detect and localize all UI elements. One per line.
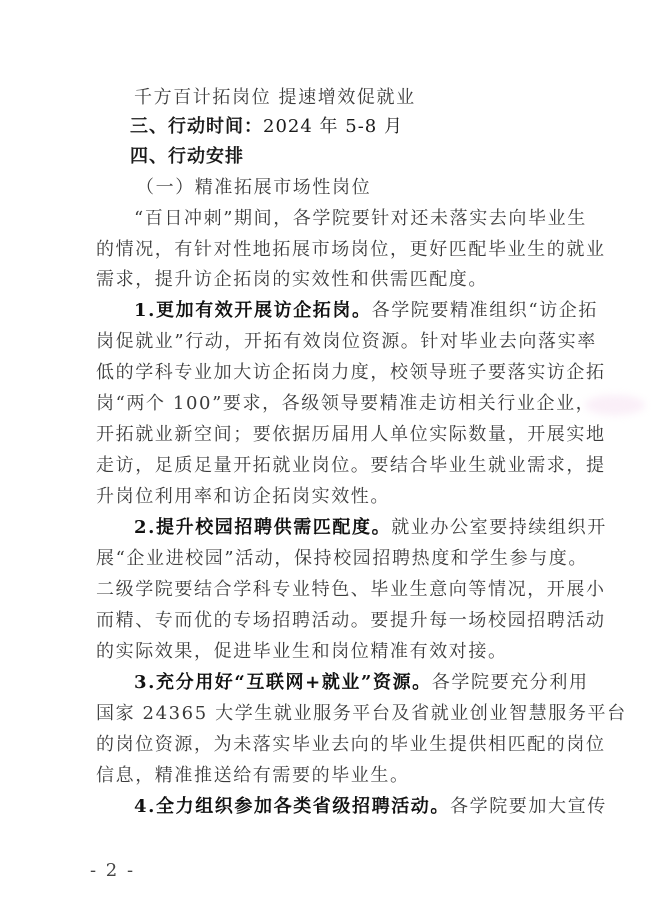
paragraph-line: 的情况，有针对性地拓展市场岗位，更好匹配毕业生的就业	[96, 238, 606, 262]
line-text: 千方百计拓岗位 提速增效促就业	[134, 87, 416, 108]
paragraph-line: 千方百计拓岗位 提速增效促就业	[134, 86, 416, 110]
document-page: 千方百计拓岗位 提速增效促就业 三、行动时间：2024 年 5-8 月 四、行动…	[0, 0, 653, 923]
paragraph-line: 需求，提升访企拓岗的实效性和供需匹配度。	[96, 268, 488, 292]
line-text: 各学院要精准组织“访企拓	[372, 300, 598, 321]
line-text: 的情况，有针对性地拓展市场岗位，更好匹配毕业生的就业	[96, 239, 606, 260]
line-text: 需求，提升访企拓岗的实效性和供需匹配度。	[96, 269, 488, 290]
line-text: 而精、专而优的专场招聘活动。要提升每一场校园招聘活动	[96, 610, 606, 631]
paragraph-line: 走访，足质足量开拓就业岗位。要结合毕业生就业需求，提	[96, 454, 606, 478]
section-heading-time: 三、行动时间：2024 年 5-8 月	[130, 115, 403, 139]
paragraph-line: 展“企业进校园”活动，保持校园招聘热度和学生参与度。	[96, 547, 588, 571]
line-text: 各学院要充分利用	[432, 672, 589, 693]
paragraph-line: 的岗位资源，为未落实毕业去向的毕业生提供相匹配的岗位	[96, 733, 606, 757]
paragraph-line: 国家 24365 大学生就业服务平台及省就业创业智慧服务平台	[96, 702, 627, 726]
line-text: 的岗位资源，为未落实毕业去向的毕业生提供相匹配的岗位	[96, 734, 606, 755]
line-text: “百日冲刺”期间，各学院要针对还未落实去向毕业生	[134, 208, 587, 229]
line-text: （一）精准拓展市场性岗位	[136, 177, 371, 198]
line-text: 就业办公室要持续组织开	[391, 517, 607, 538]
heading-text: 三、行动时间：	[130, 116, 263, 137]
paragraph-line: 升岗位利用率和访企拓岗实效性。	[96, 485, 390, 509]
section-heading-arrangement: 四、行动安排	[130, 145, 244, 169]
paragraph-line: 岗促就业”行动，开拓有效岗位资源。针对毕业去向落实率	[96, 330, 597, 354]
item-title: 1.更加有效开展访企拓岗。	[134, 300, 372, 321]
line-text: 岗“两个 100”要求，各级领导要精准走访相关行业企业，	[96, 393, 595, 414]
paragraph-line: 2.提升校园招聘供需匹配度。就业办公室要持续组织开	[134, 516, 607, 540]
line-text: 2024 年 5-8 月	[263, 116, 403, 137]
paragraph-line: 4.全力组织参加各类省级招聘活动。各学院要加大宣传	[134, 795, 607, 819]
line-text: 二级学院要结合学科专业特色、毕业生意向等情况，开展小	[96, 579, 606, 600]
line-text: 岗促就业”行动，开拓有效岗位资源。针对毕业去向落实率	[96, 331, 597, 352]
line-text: 走访，足质足量开拓就业岗位。要结合毕业生就业需求，提	[96, 455, 606, 476]
paragraph-line: 岗“两个 100”要求，各级领导要精准走访相关行业企业，	[96, 392, 595, 416]
line-text: 的实际效果，促进毕业生和岗位精准有效对接。	[96, 641, 508, 662]
line-text: 国家 24365 大学生就业服务平台及省就业创业智慧服务平台	[96, 703, 627, 724]
paragraph-line: 信息，精准推送给有需要的毕业生。	[96, 764, 410, 788]
paragraph-line: 二级学院要结合学科专业特色、毕业生意向等情况，开展小	[96, 578, 606, 602]
line-text: 展“企业进校园”活动，保持校园招聘热度和学生参与度。	[96, 548, 588, 569]
paragraph-line: 的实际效果，促进毕业生和岗位精准有效对接。	[96, 640, 508, 664]
line-text: 低的学科专业加大访企拓岗力度，校领导班子要落实访企拓	[96, 362, 606, 383]
scan-smudge	[585, 395, 645, 415]
paragraph-line: “百日冲刺”期间，各学院要针对还未落实去向毕业生	[134, 207, 587, 231]
item-title: 2.提升校园招聘供需匹配度。	[134, 517, 391, 538]
page-number: - 2 -	[90, 860, 135, 881]
heading-text: 四、行动安排	[130, 146, 244, 167]
line-text: 开拓就业新空间；要依据历届用人单位实际数量，开展实地	[96, 424, 606, 445]
paragraph-line: 而精、专而优的专场招聘活动。要提升每一场校园招聘活动	[96, 609, 606, 633]
line-text: 信息，精准推送给有需要的毕业生。	[96, 765, 410, 786]
item-title: 3.充分用好“互联网+就业”资源。	[134, 672, 432, 693]
paragraph-line: 3.充分用好“互联网+就业”资源。各学院要充分利用	[134, 671, 589, 695]
subsection-heading: （一）精准拓展市场性岗位	[136, 176, 371, 200]
item-title: 4.全力组织参加各类省级招聘活动。	[134, 796, 450, 817]
line-text: 升岗位利用率和访企拓岗实效性。	[96, 486, 390, 507]
paragraph-line: 低的学科专业加大访企拓岗力度，校领导班子要落实访企拓	[96, 361, 606, 385]
paragraph-line: 开拓就业新空间；要依据历届用人单位实际数量，开展实地	[96, 423, 606, 447]
paragraph-line: 1.更加有效开展访企拓岗。各学院要精准组织“访企拓	[134, 299, 598, 323]
line-text: 各学院要加大宣传	[450, 796, 607, 817]
